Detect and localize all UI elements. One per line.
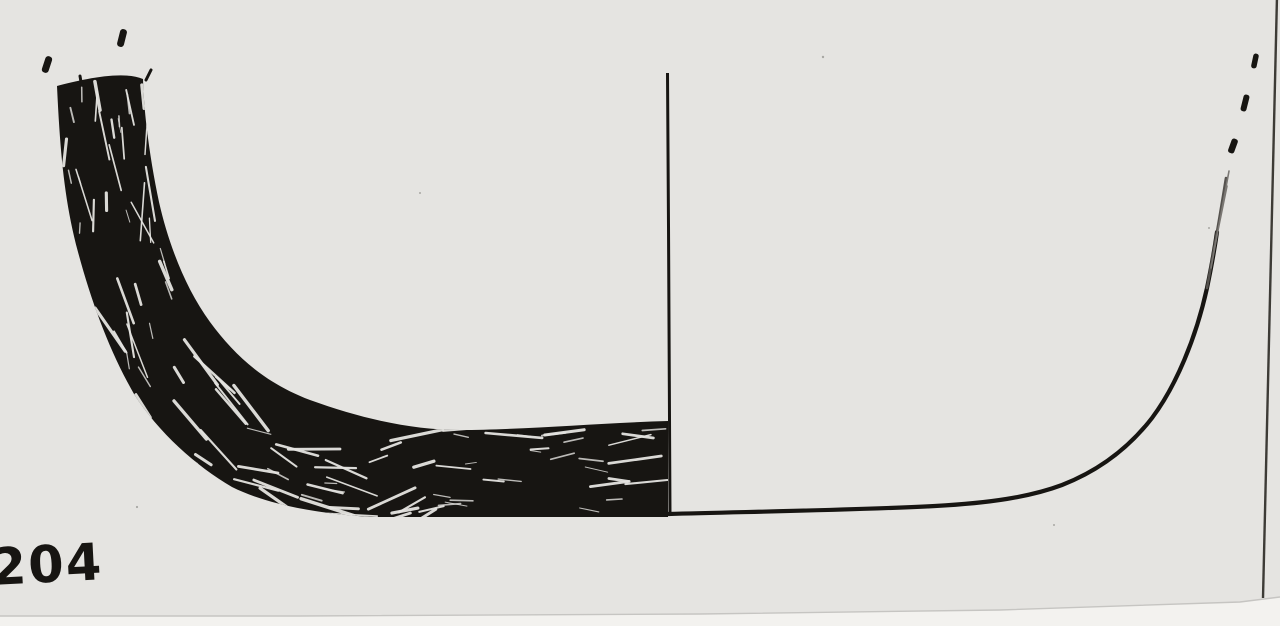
speck — [1208, 227, 1210, 229]
speck — [136, 506, 138, 508]
hatch-streak — [93, 200, 94, 232]
hatch-streak — [315, 467, 356, 468]
speck — [419, 192, 421, 194]
hatch-streak — [607, 499, 622, 500]
figure-number-label: 204 — [0, 533, 105, 598]
hatch-streak — [450, 500, 473, 501]
vessel-profile-figure: 204 — [0, 0, 1280, 626]
speck — [1053, 524, 1055, 526]
hatch-streak — [325, 483, 337, 484]
scanned-drawing-page: 204 — [0, 0, 1280, 626]
hatch-streak — [531, 448, 549, 449]
speck — [822, 56, 824, 58]
hatch-streak — [80, 223, 81, 233]
